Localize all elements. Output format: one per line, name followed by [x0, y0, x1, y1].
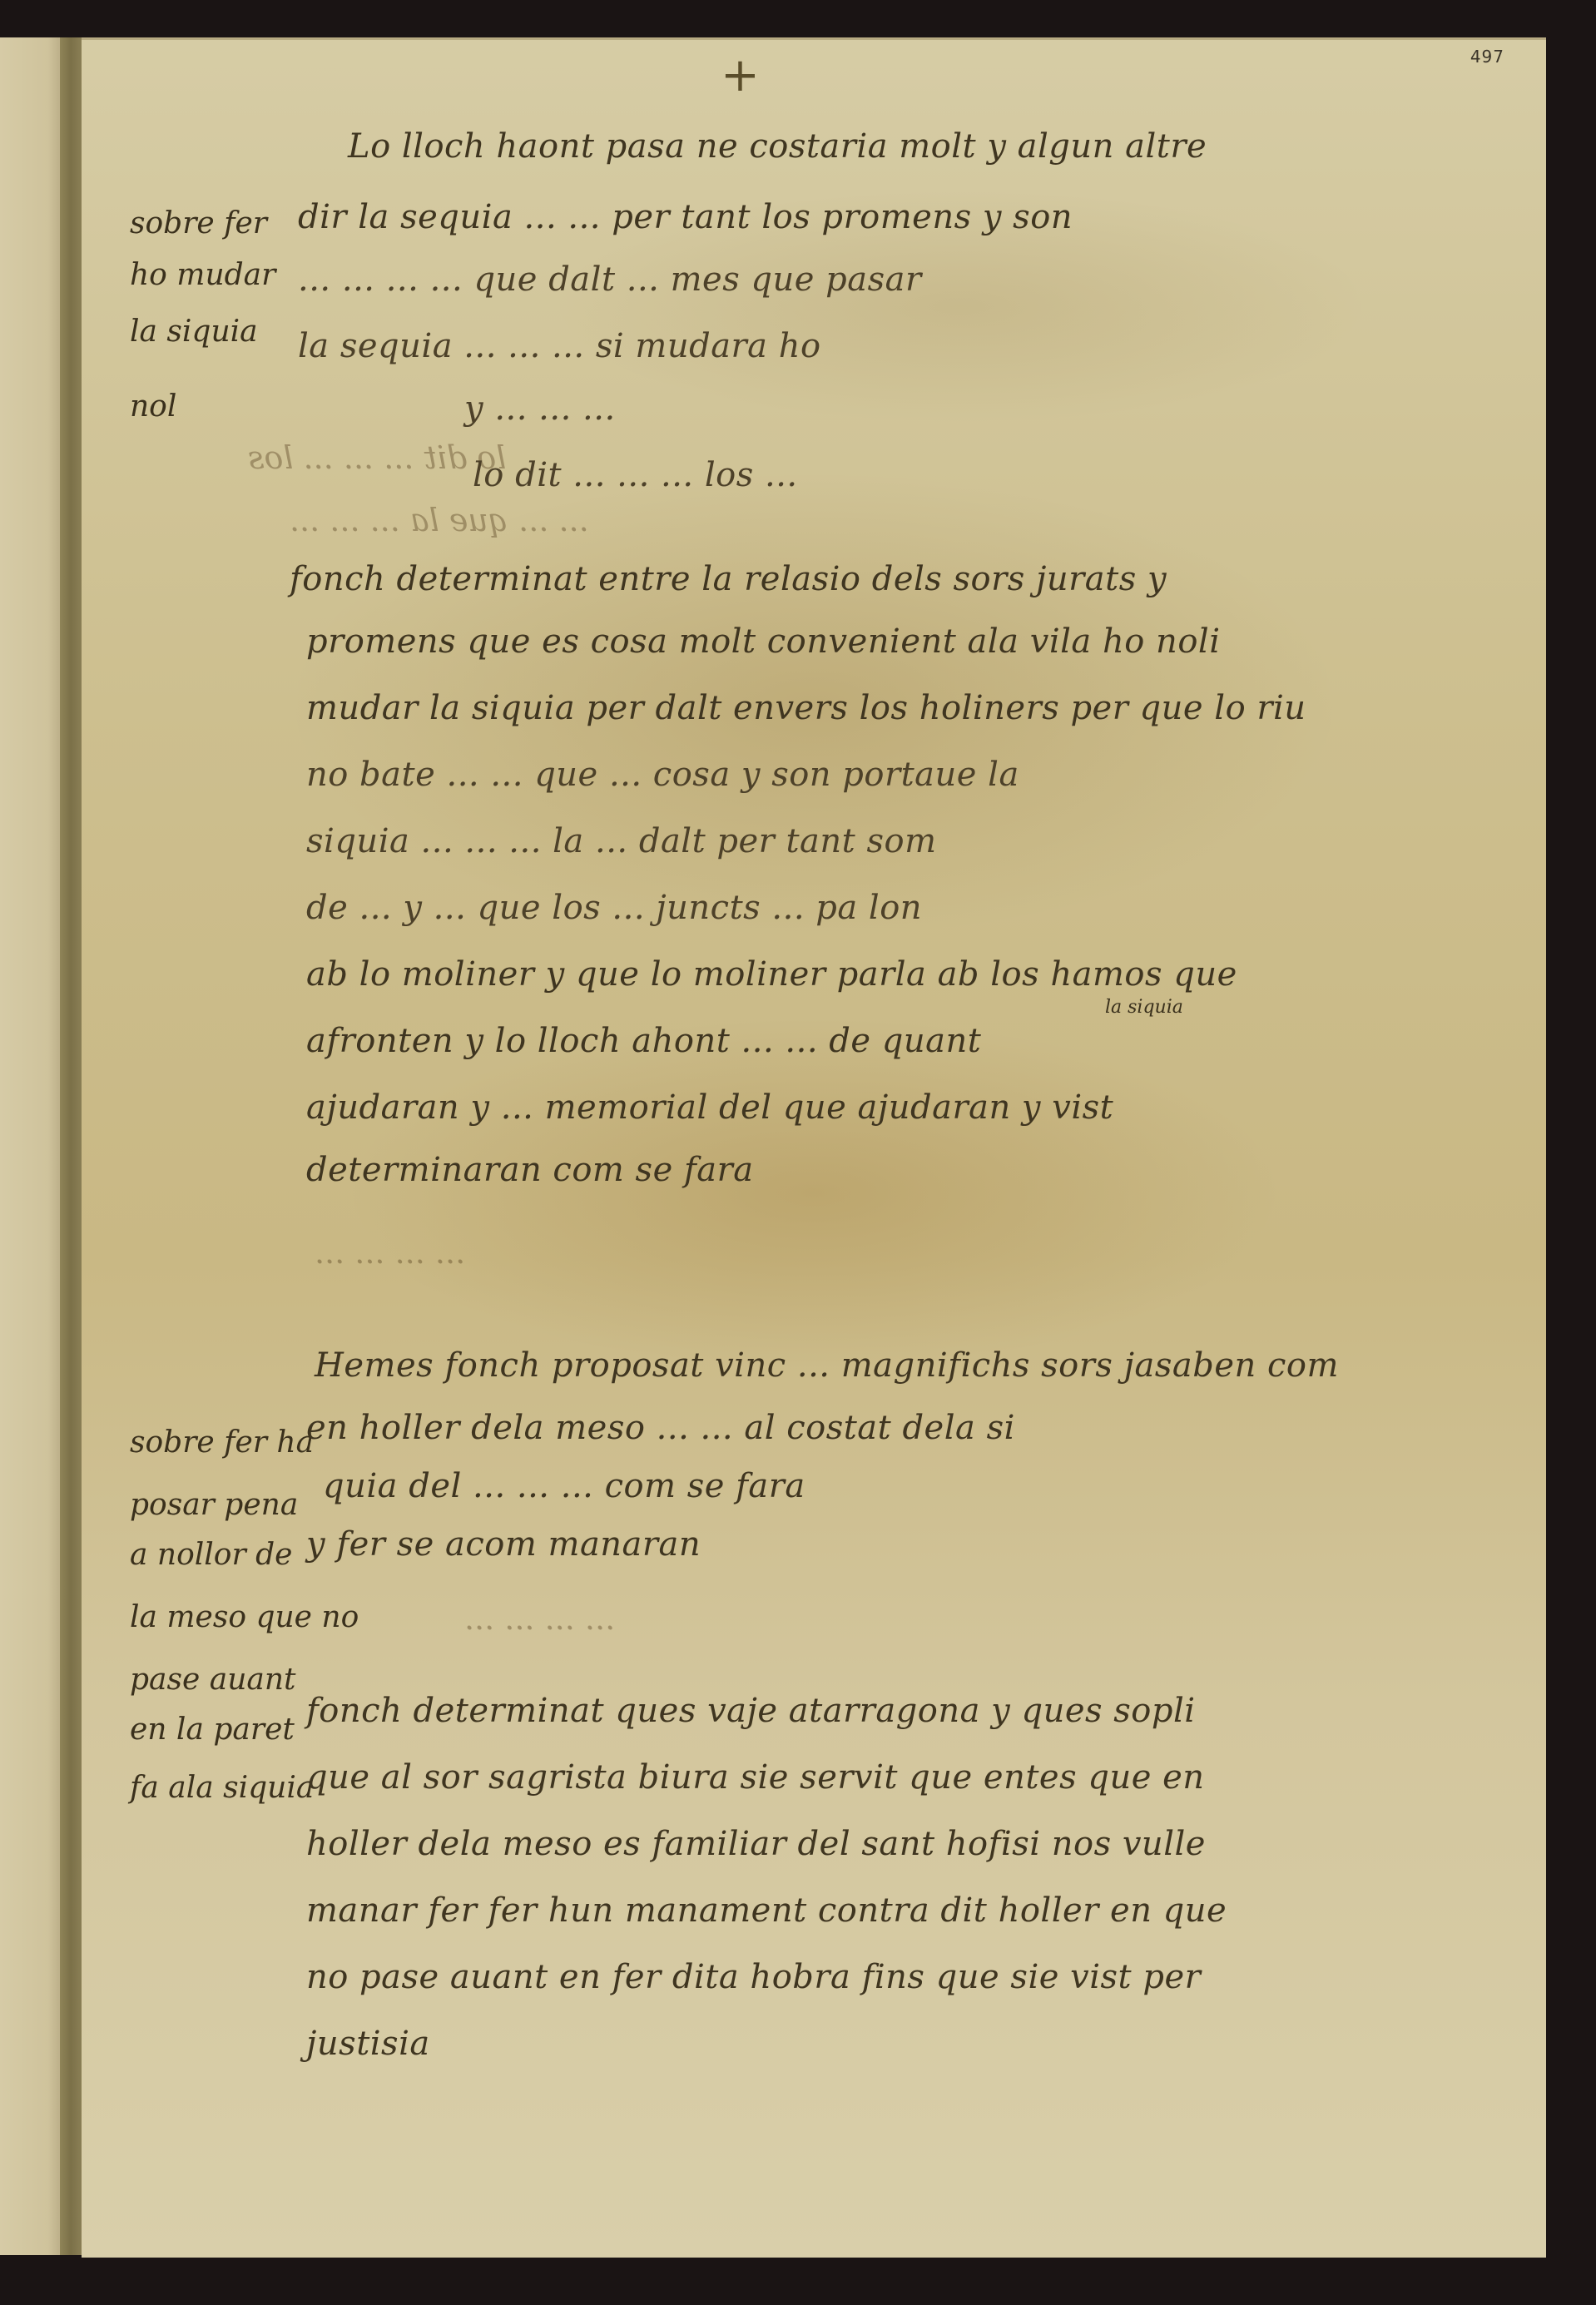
margin-note-line: la siquia: [130, 315, 258, 349]
text-line: ajudaran y ... memorial del que ajudaran…: [306, 1088, 1113, 1127]
text-line: Lo lloch haont pasa ne costaria molt y a…: [348, 127, 1207, 166]
margin-note-line: la meso que no: [130, 1600, 359, 1634]
folio-number: 497: [1470, 47, 1504, 67]
bleed-through-text: ... ... que la ... ... ...: [290, 502, 589, 538]
text-line: fonch determinat ques vaje atarragona y …: [306, 1692, 1196, 1730]
margin-note-line: fa ala siquia: [130, 1771, 314, 1805]
margin-note-line: sobre fer: [130, 206, 267, 240]
text-line: lo dit ... ... ... los ...: [473, 456, 798, 494]
margin-note-line: nol: [130, 389, 176, 424]
text-line: y ... ... ...: [464, 389, 616, 428]
text-line: de ... y ... que los ... juncts ... pa l…: [306, 889, 922, 927]
bleed-through-text: ... ... ... ...: [315, 1234, 465, 1271]
text-line: dir la sequia ... ... per tant los prome…: [298, 198, 1073, 236]
cross-mark-icon: +: [721, 52, 760, 99]
bleed-through-text: ... ... ... ...: [464, 1600, 615, 1637]
text-line: no pase auant en fer dita hobra fins que…: [306, 1958, 1201, 1996]
manuscript-page: 497 + lo dit ... ... ... los ... ... que…: [82, 37, 1546, 2258]
text-line: ab lo moliner y que lo moliner parla ab …: [306, 955, 1237, 994]
margin-note-line: sobre fer ha: [130, 1425, 314, 1460]
text-line: y fer se acom manaran: [306, 1525, 701, 1564]
margin-note-line: pase auant: [130, 1663, 296, 1697]
text-line: la sequia ... ... ... si mudara ho: [298, 327, 821, 365]
interlinear-insertion: la siquia: [1105, 997, 1183, 1018]
text-line: fonch determinat entre la relasio dels s…: [290, 560, 1167, 598]
text-line: promens que es cosa molt convenient ala …: [306, 622, 1220, 661]
bleed-through-text: lo dit ... ... ... los: [248, 439, 506, 476]
margin-note-line: en la paret: [130, 1713, 295, 1747]
text-line: holler dela meso es familiar del sant ho…: [306, 1825, 1206, 1863]
binding-gutter: [60, 37, 82, 2255]
text-line: manar fer fer hun manament contra dit ho…: [306, 1891, 1227, 1930]
text-line: ... ... ... ... que dalt ... mes que pas…: [298, 260, 922, 299]
margin-note-line: posar pena: [130, 1488, 298, 1522]
margin-note-line: ho mudar: [130, 258, 275, 292]
text-line: quia del ... ... ... com se fara: [323, 1467, 805, 1505]
text-line: Hemes fonch proposat vinc ... magnifichs…: [315, 1346, 1339, 1385]
text-line: afronten y lo lloch ahont ... ... de qua…: [306, 1022, 981, 1060]
text-line: justisia: [306, 2025, 430, 2063]
margin-note-line: a nollor de: [130, 1538, 292, 1572]
text-line: mudar la siquia per dalt envers los holi…: [306, 689, 1306, 727]
text-line: siquia ... ... ... la ... dalt per tant …: [306, 822, 937, 860]
text-line: en holler dela meso ... ... al costat de…: [306, 1409, 1015, 1447]
text-line: no bate ... ... que ... cosa y son porta…: [306, 756, 1019, 794]
facing-page-edge: [0, 37, 60, 2255]
text-line: determinaran com se fara: [306, 1151, 754, 1189]
text-line: que al sor sagrista biura sie servit que…: [306, 1758, 1205, 1797]
